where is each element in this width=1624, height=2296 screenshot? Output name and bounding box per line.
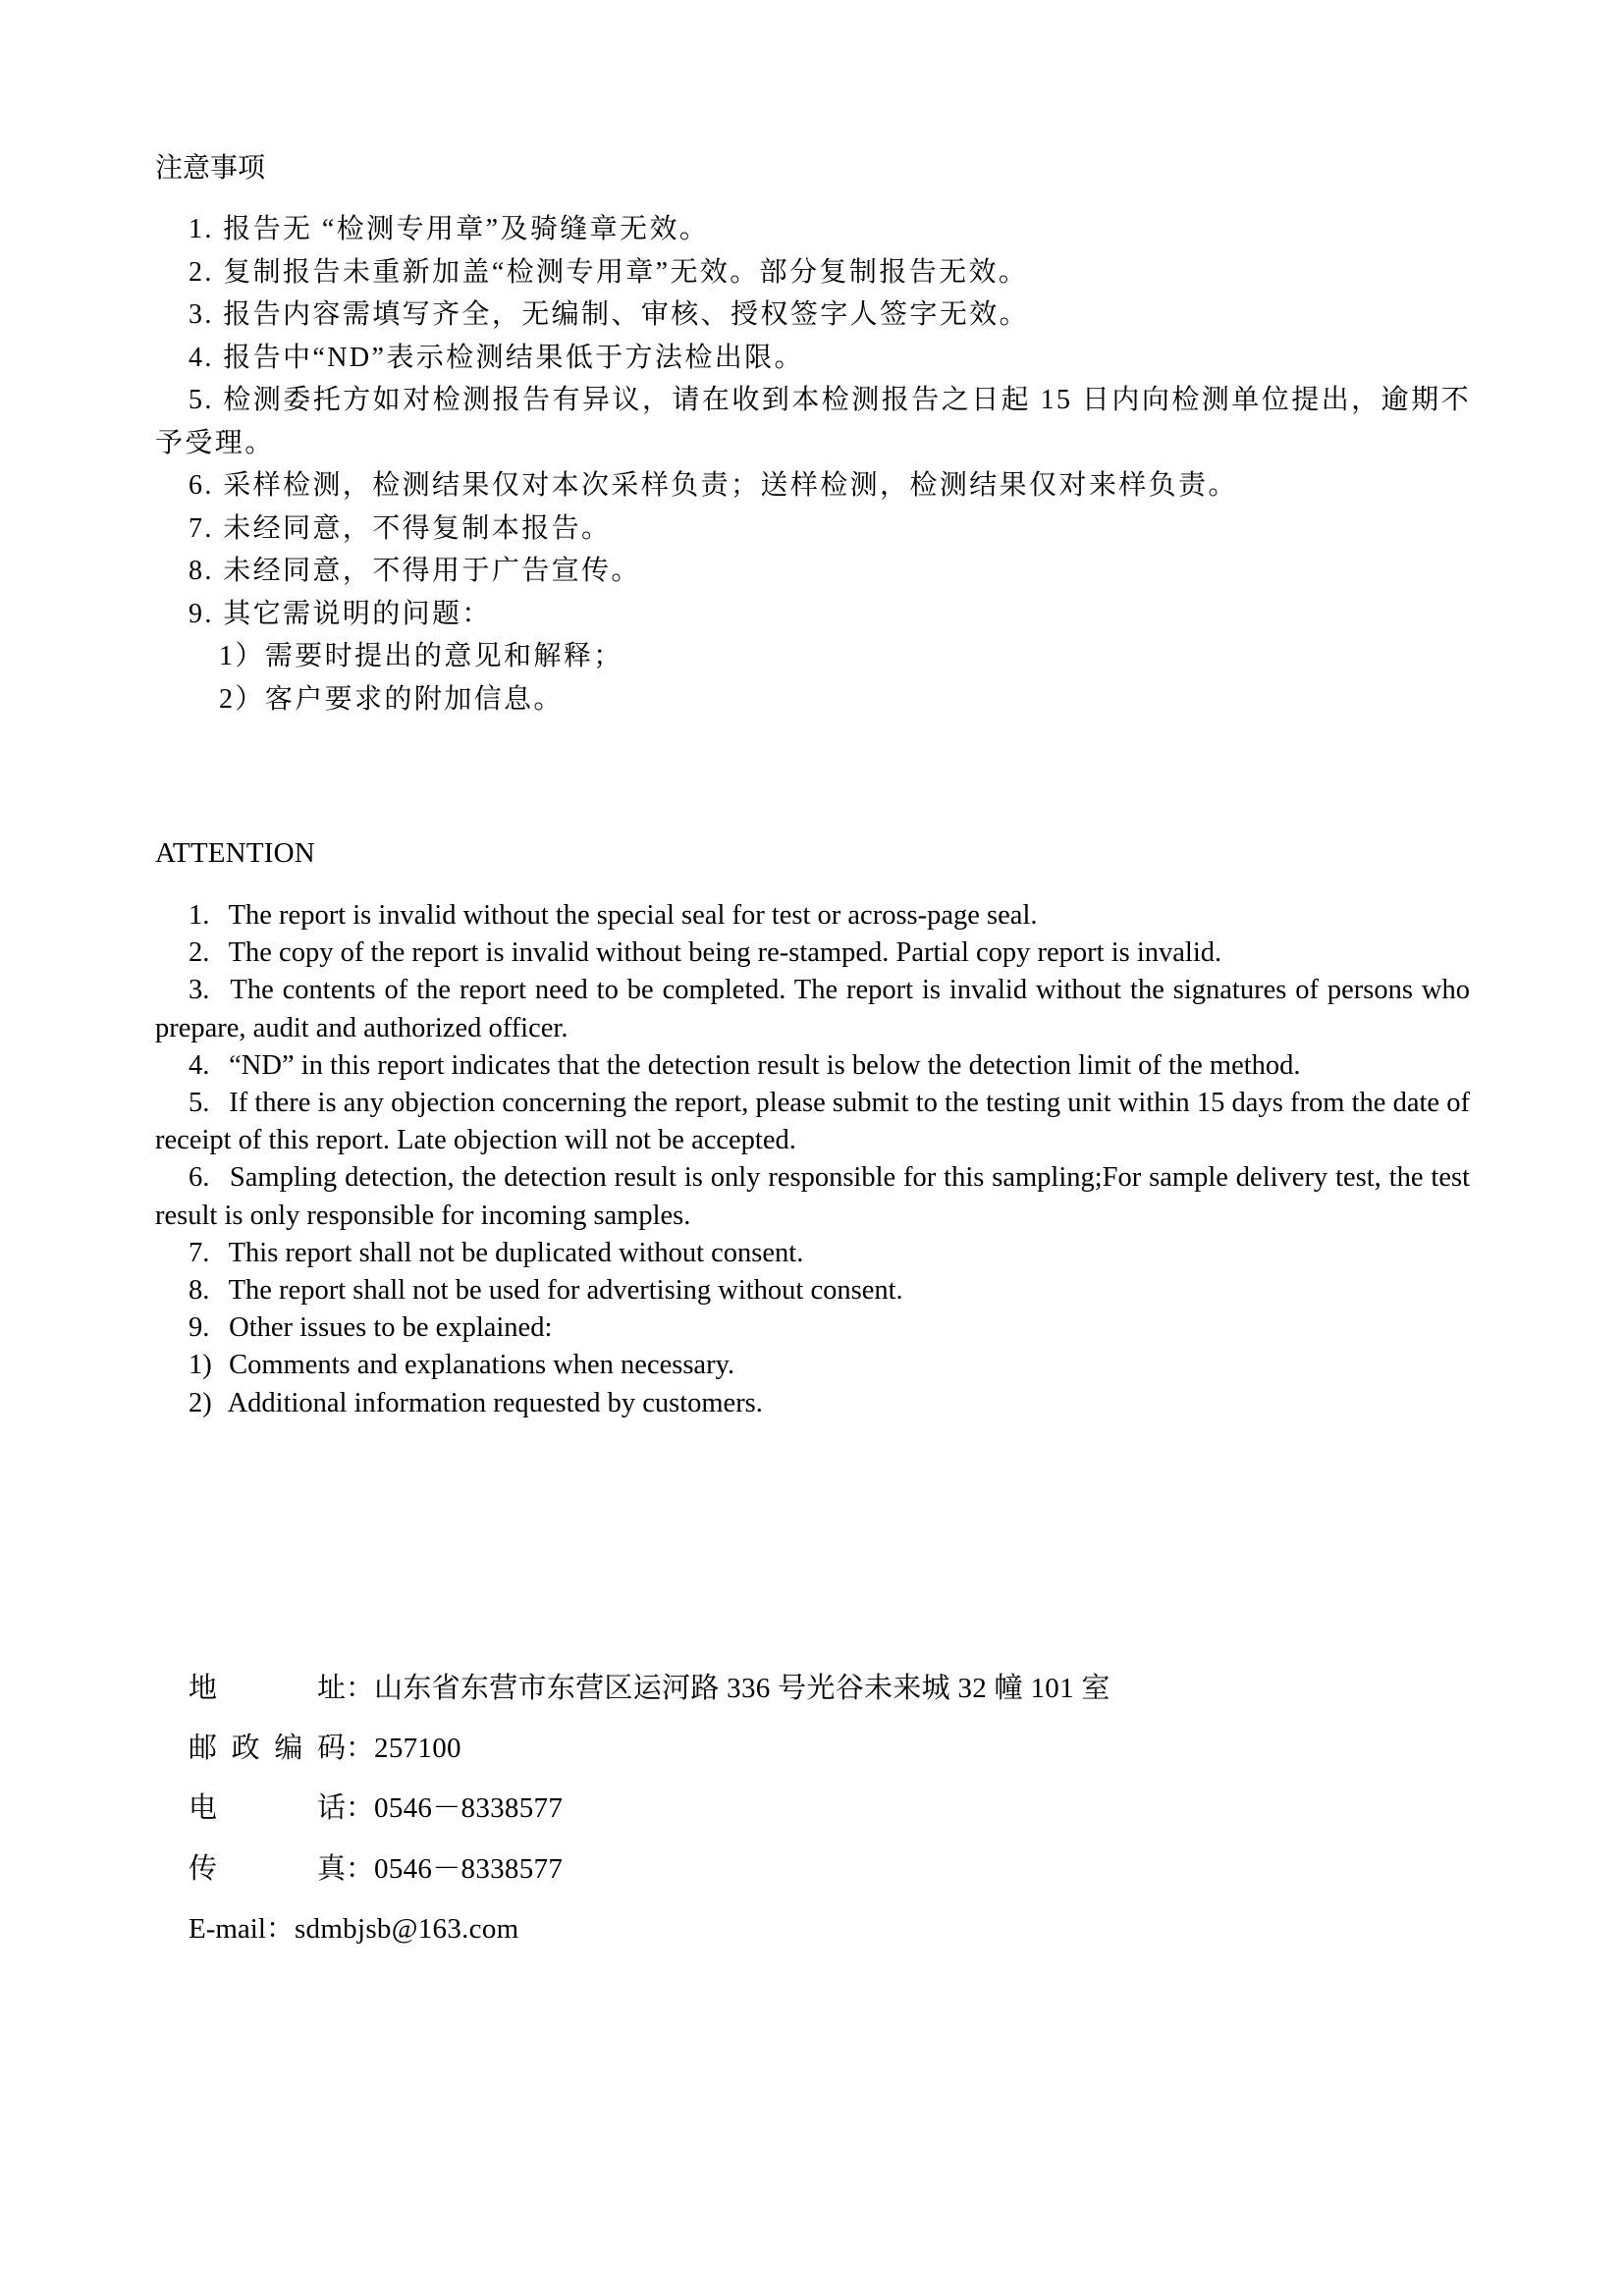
contact-email: E-mail：sdmbjsb@163.com	[189, 1899, 1110, 1959]
item-number: 1.	[189, 897, 222, 934]
chinese-notice-item: 7. 未经同意，不得复制本报告。	[155, 507, 1471, 551]
report-notice-page: 注意事项 1. 报告无 “检测专用章”及骑缝章无效。 2. 复制报告未重新加盖“…	[0, 0, 1624, 2296]
item-number: 9.	[189, 599, 214, 629]
chinese-notice-item: 5. 检测委托方如对检测报告有异议，请在收到本检测报告之日起 15 日内向检测单…	[155, 379, 1471, 464]
chinese-notice-item: 9. 其它需说明的问题：	[155, 593, 1471, 636]
english-notice-subitem: 1) Comments and explanations when necess…	[155, 1347, 1470, 1384]
item-number: 6.	[189, 470, 214, 501]
item-number: 5.	[189, 1085, 222, 1122]
fax-label: 传真	[189, 1840, 346, 1899]
contact-fax: 传真：0546－8338577	[189, 1840, 1110, 1899]
address-label: 地址	[189, 1659, 346, 1719]
item-text: If there is any objection concerning the…	[155, 1088, 1470, 1155]
item-text: 报告无 “检测专用章”及骑缝章无效。	[223, 214, 709, 244]
english-notice-heading: ATTENTION	[155, 835, 315, 871]
email-label: E-mail	[189, 1899, 266, 1959]
label-separator: ：	[346, 1719, 374, 1779]
item-text: 报告内容需填写齐全，无编制、审核、授权签字人签字无效。	[223, 299, 1029, 330]
subitem-number: 1)	[189, 1347, 222, 1384]
chinese-notice-item: 1. 报告无 “检测专用章”及骑缝章无效。	[155, 208, 1471, 251]
phone-value: 0546－8338577	[374, 1792, 563, 1824]
subitem-text: 需要时提出的意见和解释；	[265, 641, 623, 671]
chinese-notice-item: 6. 采样检测，检测结果仅对本次采样负责；送样检测，检测结果仅对来样负责。	[155, 464, 1471, 507]
english-notice-item: 7. This report shall not be duplicated w…	[155, 1235, 1470, 1272]
label-separator: ：	[346, 1779, 374, 1839]
postcode-label: 邮政编码	[189, 1719, 346, 1779]
item-text: Sampling detection, the detection result…	[155, 1162, 1470, 1230]
english-notice-item: 3. The contents of the report need to be…	[155, 972, 1470, 1046]
postcode-value: 257100	[374, 1733, 461, 1764]
subitem-text: 客户要求的附加信息。	[265, 684, 564, 715]
chinese-notice-subitem: 1）需要时提出的意见和解释；	[155, 635, 1471, 678]
label-separator: ：	[346, 1840, 374, 1899]
english-notice-item: 8. The report shall not be used for adve…	[155, 1272, 1470, 1309]
fax-value: 0546－8338577	[374, 1853, 563, 1885]
chinese-notice-item: 2. 复制报告未重新加盖“检测专用章”无效。部分复制报告无效。	[155, 251, 1471, 294]
english-notice-item: 5. If there is any objection concerning …	[155, 1085, 1470, 1159]
subitem-text: Comments and explanations when necessary…	[229, 1350, 734, 1380]
item-number: 1.	[189, 214, 214, 244]
item-number: 5.	[189, 385, 214, 415]
item-text: 其它需说明的问题：	[223, 599, 492, 629]
english-notice-subitem: 2) Additional information requested by c…	[155, 1385, 1470, 1422]
item-text: 未经同意，不得复制本报告。	[223, 513, 611, 544]
item-number: 2.	[189, 257, 214, 288]
item-number: 3.	[189, 972, 222, 1009]
item-number: 7.	[189, 513, 214, 544]
chinese-notice-subitem: 2）客户要求的附加信息。	[155, 678, 1471, 721]
item-number: 8.	[189, 1272, 222, 1309]
item-text: The copy of the report is invalid withou…	[229, 937, 1222, 968]
contact-info-block: 地址：山东省东营市东营区运河路 336 号光谷未来城 32 幢 101 室 邮政…	[189, 1659, 1110, 1959]
label-separator: ：	[266, 1899, 295, 1959]
chinese-notice-list: 1. 报告无 “检测专用章”及骑缝章无效。 2. 复制报告未重新加盖“检测专用章…	[155, 208, 1471, 721]
item-text: 未经同意，不得用于广告宣传。	[223, 556, 641, 586]
address-value: 山东省东营市东营区运河路 336 号光谷未来城 32 幢 101 室	[374, 1673, 1110, 1704]
subitem-number: 1）	[219, 641, 265, 671]
item-number: 2.	[189, 934, 222, 972]
subitem-number: 2）	[219, 684, 265, 715]
subitem-text: Additional information requested by cust…	[228, 1388, 763, 1418]
item-text: The contents of the report need to be co…	[155, 975, 1470, 1042]
chinese-notice-item: 8. 未经同意，不得用于广告宣传。	[155, 550, 1471, 593]
chinese-notice-heading: 注意事项	[155, 149, 265, 188]
item-text: 采样检测，检测结果仅对本次采样负责；送样检测，检测结果仅对来样负责。	[223, 470, 1238, 501]
item-text: The report shall not be used for adverti…	[229, 1275, 903, 1306]
item-number: 4.	[189, 1047, 222, 1085]
phone-label: 电话	[189, 1779, 346, 1839]
item-number: 9.	[189, 1309, 222, 1347]
item-text: 报告中“ND”表示检测结果低于方法检出限。	[223, 343, 804, 373]
chinese-notice-item: 4. 报告中“ND”表示检测结果低于方法检出限。	[155, 337, 1471, 380]
item-number: 3.	[189, 299, 214, 330]
contact-phone: 电话：0546－8338577	[189, 1779, 1110, 1839]
subitem-number: 2)	[189, 1385, 222, 1422]
item-text: 检测委托方如对检测报告有异议，请在收到本检测报告之日起 15 日内向检测单位提出…	[155, 385, 1471, 458]
english-notice-item: 9. Other issues to be explained:	[155, 1309, 1470, 1347]
english-notice-item: 6. Sampling detection, the detection res…	[155, 1159, 1470, 1234]
item-text: 复制报告未重新加盖“检测专用章”无效。部分复制报告无效。	[223, 257, 1028, 288]
label-separator: ：	[346, 1659, 374, 1719]
english-notice-list: 1. The report is invalid without the spe…	[155, 897, 1470, 1422]
english-notice-item: 2. The copy of the report is invalid wit…	[155, 934, 1470, 972]
item-text: This report shall not be duplicated with…	[229, 1238, 804, 1268]
item-number: 7.	[189, 1235, 222, 1272]
english-notice-item: 1. The report is invalid without the spe…	[155, 897, 1470, 934]
item-number: 4.	[189, 343, 214, 373]
item-text: Other issues to be explained:	[229, 1312, 552, 1343]
item-number: 6.	[189, 1159, 222, 1197]
contact-address: 地址：山东省东营市东营区运河路 336 号光谷未来城 32 幢 101 室	[189, 1659, 1110, 1719]
item-text: “ND” in this report indicates that the d…	[229, 1050, 1300, 1081]
chinese-notice-item: 3. 报告内容需填写齐全，无编制、审核、授权签字人签字无效。	[155, 294, 1471, 337]
item-number: 8.	[189, 556, 214, 586]
email-value[interactable]: sdmbjsb@163.com	[295, 1913, 519, 1945]
contact-postcode: 邮政编码：257100	[189, 1719, 1110, 1779]
item-text: The report is invalid without the specia…	[229, 900, 1038, 931]
english-notice-item: 4. “ND” in this report indicates that th…	[155, 1047, 1470, 1085]
